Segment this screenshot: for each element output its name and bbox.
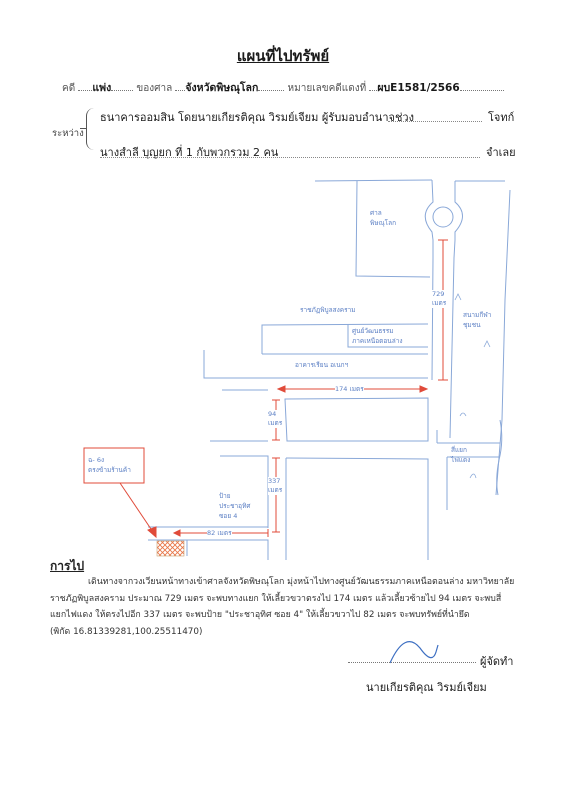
- roundabout-circle: [433, 207, 453, 227]
- road-line: [425, 180, 433, 380]
- map-label-culture-center: ศูนย์วัฒนธรรมภาคเหนือตอนล่าง: [352, 326, 403, 346]
- directions-coordinates: (พิกัด 16.81339281,100.25511470): [50, 624, 540, 641]
- distance-94: 94เมตร: [268, 410, 282, 428]
- map-label-rajabhat: ราชภัฏพิบูลสงคราม: [300, 305, 356, 315]
- property-marker: [157, 541, 184, 556]
- signature-line: [348, 662, 476, 663]
- block-line: [285, 398, 428, 441]
- signature-name: นายเกียรติคุณ วิรมย์เจียม: [366, 678, 487, 696]
- road-line: [450, 181, 463, 438]
- block-line: [286, 458, 428, 560]
- distance-729: 729เมตร: [432, 290, 446, 308]
- map-label-court: ศาลพิษณุโลก: [370, 208, 396, 228]
- map-label-property: ฉ- 6งตรงข้ามร้านค้า: [88, 455, 131, 475]
- distance-82: 82 เมตร: [207, 528, 232, 538]
- directions-line: เดินทางจากวงเวียนหน้าทางเข้าศาลจังหวัดพิ…: [50, 574, 540, 591]
- directions-text: เดินทางจากวงเวียนหน้าทางเข้าศาลจังหวัดพิ…: [50, 574, 540, 640]
- directions-line: ราชภัฏพิบูลสงคราม ประมาณ 729 เมตร จะพบทา…: [50, 591, 540, 608]
- map-label-sign: ป้ายประชาอุทิศซอย 4: [219, 491, 250, 521]
- signature-role: ผู้จัดทำ: [480, 652, 513, 670]
- map-label-building: อาคารเรียน อเนกฯ: [295, 360, 348, 370]
- block-line: [262, 324, 428, 354]
- map-label-right-area: สนามกีฬาชุมชน: [463, 310, 491, 330]
- map-label-traffic-light: สี่แยกไฟแดง: [451, 445, 470, 465]
- distance-174: 174 เมตร: [335, 384, 364, 394]
- callout-arrow: [120, 483, 153, 532]
- river-line: [496, 190, 510, 495]
- court-boundary: [356, 181, 430, 277]
- distance-337: 337เมตร: [268, 477, 282, 495]
- directions-line: แยกไฟแดง ให้ตรงไปอีก 337 เมตร จะพบป้าย "…: [50, 607, 540, 624]
- road-line: [315, 180, 432, 181]
- signature-scribble: [390, 642, 438, 663]
